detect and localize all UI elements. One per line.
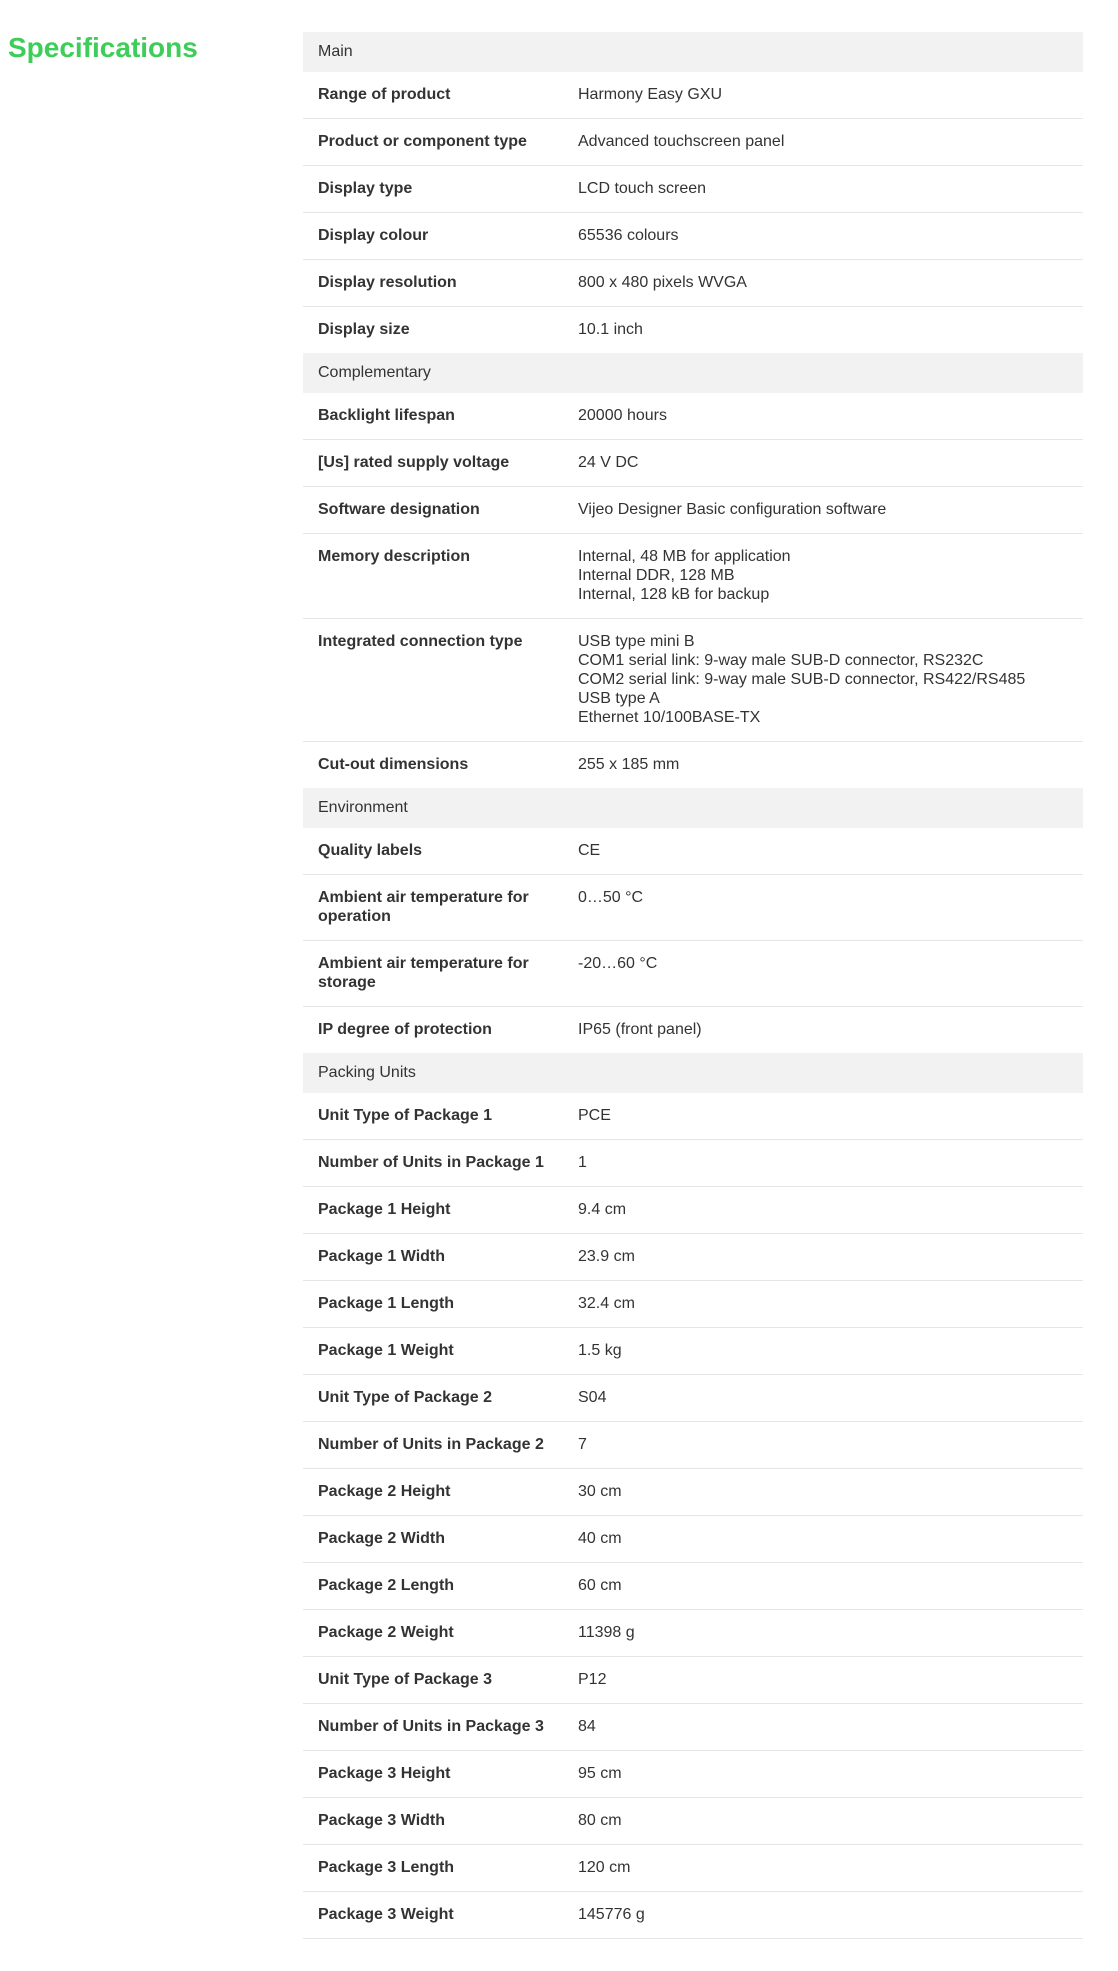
spec-value: P12 — [578, 1670, 1068, 1689]
spec-row: Software designationVijeo Designer Basic… — [303, 487, 1083, 534]
spec-value-line: 84 — [578, 1717, 1068, 1736]
spec-value-line: 7 — [578, 1435, 1068, 1454]
spec-value-line: USB type A — [578, 689, 1068, 708]
spec-value: 7 — [578, 1435, 1068, 1454]
spec-value-line: 30 cm — [578, 1482, 1068, 1501]
spec-value-line: USB type mini B — [578, 632, 1068, 651]
spec-value-line: Advanced touchscreen panel — [578, 132, 1068, 151]
spec-label: Display resolution — [318, 273, 578, 292]
spec-value: 0…50 °C — [578, 888, 1068, 926]
spec-value: 40 cm — [578, 1529, 1068, 1548]
spec-row: Package 2 Width40 cm — [303, 1516, 1083, 1563]
spec-label: Number of Units in Package 3 — [318, 1717, 578, 1736]
spec-label: Ambient air temperature for operation — [318, 888, 578, 926]
spec-label: Quality labels — [318, 841, 578, 860]
spec-value-line: COM1 serial link: 9-way male SUB-D conne… — [578, 651, 1068, 670]
spec-row: Backlight lifespan20000 hours — [303, 393, 1083, 440]
spec-value: -20…60 °C — [578, 954, 1068, 992]
spec-value-line: 120 cm — [578, 1858, 1068, 1877]
spec-label: [Us] rated supply voltage — [318, 453, 578, 472]
spec-value-line: PCE — [578, 1106, 1068, 1125]
spec-label: Package 1 Weight — [318, 1341, 578, 1360]
section-header: Main — [303, 32, 1083, 72]
spec-value: 9.4 cm — [578, 1200, 1068, 1219]
spec-value-line: CE — [578, 841, 1068, 860]
spec-row: Package 2 Weight11398 g — [303, 1610, 1083, 1657]
spec-value-line: 20000 hours — [578, 406, 1068, 425]
spec-value-line: Internal, 128 kB for backup — [578, 585, 1068, 604]
spec-value-line: Harmony Easy GXU — [578, 85, 1068, 104]
spec-value: Advanced touchscreen panel — [578, 132, 1068, 151]
spec-value-line: 1 — [578, 1153, 1068, 1172]
spec-row: Package 3 Weight145776 g — [303, 1892, 1083, 1939]
spec-row: Package 2 Length60 cm — [303, 1563, 1083, 1610]
spec-value: LCD touch screen — [578, 179, 1068, 198]
spec-value: 800 x 480 pixels WVGA — [578, 273, 1068, 292]
spec-row: Package 1 Length32.4 cm — [303, 1281, 1083, 1328]
spec-row: Display typeLCD touch screen — [303, 166, 1083, 213]
spec-value-line: 40 cm — [578, 1529, 1068, 1548]
spec-label: Cut-out dimensions — [318, 755, 578, 774]
spec-row: Ambient air temperature for operation0…5… — [303, 875, 1083, 941]
spec-row: Display colour65536 colours — [303, 213, 1083, 260]
page-title: Specifications — [8, 28, 198, 68]
section-header: Complementary — [303, 353, 1083, 393]
spec-value-line: 9.4 cm — [578, 1200, 1068, 1219]
spec-label: Ambient air temperature for storage — [318, 954, 578, 992]
spec-label: Integrated connection type — [318, 632, 578, 727]
spec-label: Package 1 Height — [318, 1200, 578, 1219]
spec-label: Product or component type — [318, 132, 578, 151]
spec-label: Display size — [318, 320, 578, 339]
spec-value-line: -20…60 °C — [578, 954, 1068, 973]
spec-value: PCE — [578, 1106, 1068, 1125]
spec-row: Package 3 Width80 cm — [303, 1798, 1083, 1845]
spec-label: Unit Type of Package 1 — [318, 1106, 578, 1125]
spec-value: USB type mini BCOM1 serial link: 9-way m… — [578, 632, 1068, 727]
spec-row: Package 3 Height95 cm — [303, 1751, 1083, 1798]
spec-row: Quality labelsCE — [303, 828, 1083, 875]
spec-label: Package 3 Width — [318, 1811, 578, 1830]
spec-label: Number of Units in Package 2 — [318, 1435, 578, 1454]
spec-value: Vijeo Designer Basic configuration softw… — [578, 500, 1068, 519]
spec-row: Unit Type of Package 1PCE — [303, 1093, 1083, 1140]
spec-value-line: 24 V DC — [578, 453, 1068, 472]
spec-value: 24 V DC — [578, 453, 1068, 472]
spec-value-line: IP65 (front panel) — [578, 1020, 1068, 1039]
spec-value: 1 — [578, 1153, 1068, 1172]
spec-value-line: 0…50 °C — [578, 888, 1068, 907]
spec-value-line: 32.4 cm — [578, 1294, 1068, 1313]
spec-value-line: 10.1 inch — [578, 320, 1068, 339]
spec-value: 95 cm — [578, 1764, 1068, 1783]
specifications-table: MainRange of productHarmony Easy GXUProd… — [303, 32, 1083, 1939]
spec-value: 11398 g — [578, 1623, 1068, 1642]
spec-label: Package 1 Width — [318, 1247, 578, 1266]
spec-value-line: 65536 colours — [578, 226, 1068, 245]
spec-label: Package 1 Length — [318, 1294, 578, 1313]
spec-label: Package 2 Weight — [318, 1623, 578, 1642]
spec-row: Package 1 Weight1.5 kg — [303, 1328, 1083, 1375]
spec-value-line: 23.9 cm — [578, 1247, 1068, 1266]
spec-value: CE — [578, 841, 1068, 860]
spec-value: 60 cm — [578, 1576, 1068, 1595]
spec-label: Backlight lifespan — [318, 406, 578, 425]
spec-value: 84 — [578, 1717, 1068, 1736]
spec-value-line: 800 x 480 pixels WVGA — [578, 273, 1068, 292]
spec-label: Package 2 Length — [318, 1576, 578, 1595]
spec-value-line: 95 cm — [578, 1764, 1068, 1783]
spec-row: Unit Type of Package 3P12 — [303, 1657, 1083, 1704]
spec-value-line: 80 cm — [578, 1811, 1068, 1830]
spec-value: S04 — [578, 1388, 1068, 1407]
spec-value: 10.1 inch — [578, 320, 1068, 339]
spec-value: 23.9 cm — [578, 1247, 1068, 1266]
spec-value: 255 x 185 mm — [578, 755, 1068, 774]
spec-value: Internal, 48 MB for applicationInternal … — [578, 547, 1068, 604]
spec-value: Harmony Easy GXU — [578, 85, 1068, 104]
spec-row: Product or component typeAdvanced touchs… — [303, 119, 1083, 166]
spec-value-line: 60 cm — [578, 1576, 1068, 1595]
spec-value-line: Ethernet 10/100BASE-TX — [578, 708, 1068, 727]
spec-value: 120 cm — [578, 1858, 1068, 1877]
spec-value: 32.4 cm — [578, 1294, 1068, 1313]
spec-value-line: Internal, 48 MB for application — [578, 547, 1068, 566]
spec-label: Range of product — [318, 85, 578, 104]
spec-label: Package 3 Weight — [318, 1905, 578, 1924]
spec-label: Display colour — [318, 226, 578, 245]
spec-row: Unit Type of Package 2S04 — [303, 1375, 1083, 1422]
spec-value: 145776 g — [578, 1905, 1068, 1924]
spec-value-line: 1.5 kg — [578, 1341, 1068, 1360]
spec-row: Ambient air temperature for storage-20…6… — [303, 941, 1083, 1007]
spec-row: Range of productHarmony Easy GXU — [303, 72, 1083, 119]
spec-label: Package 2 Height — [318, 1482, 578, 1501]
spec-label: Package 3 Length — [318, 1858, 578, 1877]
spec-value-line: 255 x 185 mm — [578, 755, 1068, 774]
spec-label: Package 3 Height — [318, 1764, 578, 1783]
spec-value-line: LCD touch screen — [578, 179, 1068, 198]
spec-row: Number of Units in Package 384 — [303, 1704, 1083, 1751]
spec-row: Display size10.1 inch — [303, 307, 1083, 353]
spec-value-line: Internal DDR, 128 MB — [578, 566, 1068, 585]
spec-label: Display type — [318, 179, 578, 198]
spec-label: Package 2 Width — [318, 1529, 578, 1548]
spec-row: Display resolution800 x 480 pixels WVGA — [303, 260, 1083, 307]
spec-row: Package 1 Width23.9 cm — [303, 1234, 1083, 1281]
spec-label: Number of Units in Package 1 — [318, 1153, 578, 1172]
spec-row: Memory descriptionInternal, 48 MB for ap… — [303, 534, 1083, 619]
spec-value: 1.5 kg — [578, 1341, 1068, 1360]
spec-value: 65536 colours — [578, 226, 1068, 245]
spec-label: IP degree of protection — [318, 1020, 578, 1039]
spec-row: Package 2 Height30 cm — [303, 1469, 1083, 1516]
spec-row: Cut-out dimensions255 x 185 mm — [303, 742, 1083, 788]
spec-row: Package 1 Height9.4 cm — [303, 1187, 1083, 1234]
spec-value: 80 cm — [578, 1811, 1068, 1830]
spec-row: Number of Units in Package 11 — [303, 1140, 1083, 1187]
spec-value-line: 145776 g — [578, 1905, 1068, 1924]
spec-value: 20000 hours — [578, 406, 1068, 425]
spec-value-line: Vijeo Designer Basic configuration softw… — [578, 500, 1068, 519]
section-header: Environment — [303, 788, 1083, 828]
spec-value: 30 cm — [578, 1482, 1068, 1501]
section-header: Packing Units — [303, 1053, 1083, 1093]
spec-row: Integrated connection typeUSB type mini … — [303, 619, 1083, 742]
spec-label: Unit Type of Package 3 — [318, 1670, 578, 1689]
spec-label: Software designation — [318, 500, 578, 519]
spec-row: Package 3 Length120 cm — [303, 1845, 1083, 1892]
spec-row: IP degree of protectionIP65 (front panel… — [303, 1007, 1083, 1053]
spec-value-line: COM2 serial link: 9-way male SUB-D conne… — [578, 670, 1068, 689]
spec-label: Unit Type of Package 2 — [318, 1388, 578, 1407]
spec-row: [Us] rated supply voltage24 V DC — [303, 440, 1083, 487]
spec-value-line: P12 — [578, 1670, 1068, 1689]
spec-value-line: S04 — [578, 1388, 1068, 1407]
spec-row: Number of Units in Package 27 — [303, 1422, 1083, 1469]
spec-value-line: 11398 g — [578, 1623, 1068, 1642]
spec-value: IP65 (front panel) — [578, 1020, 1068, 1039]
spec-label: Memory description — [318, 547, 578, 604]
